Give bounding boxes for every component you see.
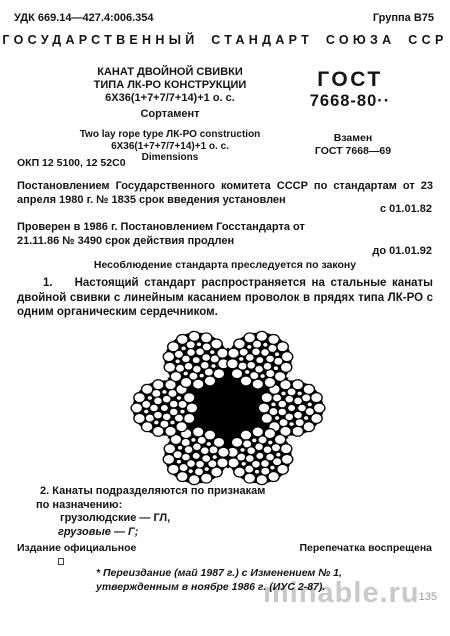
subtitle-sortament: Сортамент [70, 108, 270, 120]
footnote-line1: * Переиздание (май 1987 г.) с Изменением… [96, 566, 342, 580]
reprint-forbidden-label: Перепечатка воспрещена [299, 542, 432, 554]
gost-number: 7668-80·· [288, 91, 412, 112]
title-en-line2: 6Х36(1+7+7/7+14)+1 о. с. [60, 141, 280, 153]
official-edition-label: Издание официальное [17, 542, 136, 554]
prolonged-date: до 01.01.92 [372, 245, 432, 257]
title-ru-line3: 6Х36(1+7+7/7+14)+1 о. с. [70, 92, 270, 105]
section-1-paragraph: 1.Настоящий стандарт распространяется на… [17, 276, 433, 320]
effective-date: с 01.01.82 [380, 203, 432, 215]
gost-label: ГОСТ [288, 68, 412, 91]
rope-cross-section-svg [105, 320, 351, 496]
page-number: 135 [419, 591, 437, 603]
law-notice: Несоблюдение стандарта преследуется по з… [0, 259, 450, 271]
decree-paragraph-2: Проверен в 1986 г. Постановлением Госста… [17, 220, 347, 248]
section-1-text: Настоящий стандарт распространяется на с… [17, 277, 433, 318]
section-2-line1: 2. Канаты подразделяются по признакам [40, 485, 265, 499]
replacement-label: Взамен [300, 132, 406, 145]
replacement-note: Взамен ГОСТ 7668—69 [300, 132, 406, 157]
title-ru-line2: ТИПА ЛК-РО КОНСТРУКЦИИ [70, 79, 270, 92]
section-2-block: 2. Канаты подразделяются по признакам по… [36, 485, 265, 539]
okp-codes: ОКП 12 5100, 12 52С0 [17, 157, 126, 169]
group-code: Группа В75 [373, 12, 434, 24]
footnote-line2: утвержденным в ноябре 1986 г. (ИУС 2-87)… [96, 580, 342, 594]
title-ru-line1: КАНАТ ДВОЙНОЙ СВИВКИ [70, 66, 270, 79]
replacement-value: ГОСТ 7668—69 [300, 145, 406, 158]
section-2-item1: грузолюдские — ГЛ, [60, 512, 265, 526]
title-russian: КАНАТ ДВОЙНОЙ СВИВКИ ТИПА ЛК-РО КОНСТРУК… [70, 66, 270, 105]
square-mark [58, 558, 64, 565]
state-standard-header: ГОСУДАРСТВЕННЫЙ СТАНДАРТ СОЮЗА ССР [0, 33, 450, 47]
reissue-footnote: * Переиздание (май 1987 г.) с Изменением… [96, 566, 342, 594]
udk-code: УДК 669.14—427.4:006.354 [14, 12, 154, 24]
gost-number-block: ГОСТ 7668-80·· [288, 68, 412, 112]
section-1-number: 1. [43, 277, 75, 289]
decree-paragraph-1: Постановлением Государственного комитета… [17, 179, 433, 207]
section-2-item2: грузовые — Г; [58, 526, 265, 540]
rope-cross-section-figure [105, 320, 351, 496]
section-2-line2: по назначению: [36, 499, 265, 513]
title-en-line1: Two lay rope type ЛК-РО construction [60, 129, 280, 141]
